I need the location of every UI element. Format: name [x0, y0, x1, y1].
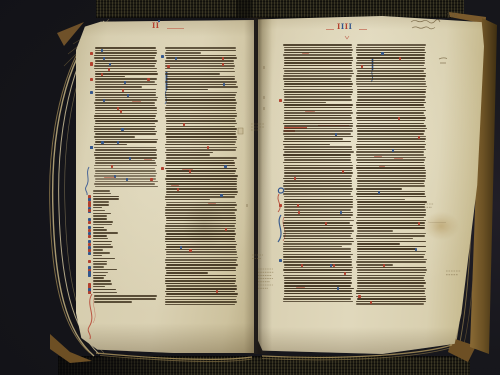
text-line: [95, 63, 157, 65]
text-line: [166, 149, 236, 151]
text-line: [166, 102, 237, 104]
margin-paraph-mark: [90, 52, 92, 55]
text-line: [283, 149, 351, 151]
text-line: [94, 68, 156, 70]
text-line: [356, 261, 426, 263]
text-line: [284, 47, 352, 49]
text-line: [165, 259, 237, 261]
rubricated-initial: [325, 222, 327, 225]
text-line: [356, 78, 425, 80]
text-line: [356, 151, 424, 153]
text-line: [356, 178, 426, 180]
text-line: [165, 280, 236, 282]
column-foot-lines: [94, 295, 157, 306]
list-line: [93, 201, 109, 203]
text-line: [165, 238, 235, 240]
red-underline: [296, 287, 305, 288]
text-line: [357, 206, 425, 208]
text-line: [95, 50, 158, 52]
text-line: [165, 133, 236, 135]
text-line: [95, 139, 158, 141]
text-line: [284, 230, 354, 232]
text-line: [165, 249, 236, 251]
text-line: [357, 175, 426, 177]
list-line: [93, 286, 105, 288]
text-line: [284, 70, 353, 72]
text-line: [357, 89, 426, 91]
text-line: [95, 89, 156, 91]
text-line: [284, 214, 353, 216]
text-line: [166, 113, 237, 115]
text-line: [166, 264, 238, 266]
text-line: [357, 130, 425, 132]
text-line: [95, 178, 156, 180]
text-line: [165, 241, 236, 243]
rubricated-initial: [183, 123, 185, 126]
list-line: [93, 255, 102, 257]
text-line: [357, 277, 425, 279]
text-line: [356, 112, 424, 114]
text-line: [283, 256, 351, 258]
text-line: [356, 62, 424, 64]
rubricated-initial: [122, 89, 124, 92]
rubricated-initial: [121, 128, 123, 131]
text-line: [165, 209, 237, 211]
rubricated-initial: [358, 295, 360, 298]
text-line: [356, 301, 426, 303]
text-line: [283, 254, 352, 256]
text-line: [165, 71, 235, 73]
text-line: [284, 206, 353, 208]
text-column: [283, 44, 353, 305]
text-line: [356, 52, 426, 54]
text-line: [283, 144, 330, 146]
text-line: [357, 298, 427, 300]
text-line: [95, 181, 158, 183]
text-line: [94, 136, 135, 138]
manuscript-photo: II IIII 226: [0, 0, 500, 375]
text-line: [94, 128, 155, 130]
list-paraph-mark: [88, 221, 90, 224]
text-line: [165, 212, 235, 214]
text-line: [357, 225, 426, 227]
text-line: [283, 225, 353, 227]
list-line: [93, 289, 116, 291]
text-line: [357, 196, 427, 198]
margin-paraph-mark: [161, 55, 163, 58]
margin-paraph-mark: [279, 259, 281, 262]
text-line: [357, 285, 425, 287]
text-line: [283, 298, 351, 300]
margin-paraph-mark: [279, 204, 281, 207]
text-line: [284, 151, 354, 153]
text-line: [357, 128, 427, 130]
text-line: [357, 248, 416, 250]
text-line: [284, 120, 352, 122]
text-line: [357, 120, 425, 122]
text-line: [166, 120, 236, 122]
text-line: [284, 81, 352, 83]
list-line: [93, 249, 103, 251]
rubricated-initial: [220, 194, 222, 197]
text-line: [166, 288, 237, 290]
text-line: [166, 50, 236, 52]
text-line: [283, 141, 351, 143]
text-line: [283, 68, 352, 70]
text-line: [284, 175, 352, 177]
text-line: [357, 73, 427, 75]
running-title-flourish: [167, 28, 184, 29]
text-line: [284, 204, 353, 206]
text-line: [284, 212, 353, 214]
text-line: [166, 128, 237, 130]
list-line: [93, 232, 118, 234]
list-line: [93, 224, 112, 226]
text-line: [94, 118, 155, 120]
text-line: [283, 78, 350, 80]
text-line: [357, 136, 426, 138]
text-line: [356, 146, 425, 148]
list-line: [93, 207, 102, 209]
text-line: [94, 147, 156, 149]
text-line: [95, 76, 125, 78]
text-line: [356, 193, 424, 195]
text-line: [357, 241, 426, 243]
text-line: [284, 60, 353, 62]
text-line: [95, 141, 157, 143]
text-line: [165, 262, 236, 264]
text-line: [165, 283, 235, 285]
text-line: [165, 267, 236, 269]
text-line: [357, 162, 424, 164]
background-shadow: [58, 356, 208, 375]
text-line: [356, 165, 425, 167]
rubricated-initial: [370, 301, 372, 304]
text-line: [94, 295, 157, 297]
text-line: [356, 117, 425, 119]
text-line: [284, 172, 354, 174]
text-line: [165, 65, 235, 67]
text-line: [95, 186, 158, 188]
text-line: [356, 290, 425, 292]
rubricated-initial: [117, 141, 119, 144]
text-line: [166, 186, 237, 188]
text-line: [356, 293, 425, 295]
text-line: [165, 236, 235, 238]
list-line: [93, 238, 108, 240]
text-line: [166, 126, 235, 128]
red-underline: [144, 159, 152, 160]
text-line: [357, 280, 425, 282]
list-line: [93, 193, 111, 195]
text-line: [284, 125, 353, 127]
text-line: [165, 299, 236, 301]
text-line: [357, 288, 426, 290]
rubricated-initial: [415, 248, 417, 251]
text-line: [284, 115, 351, 117]
running-title-letter: I: [349, 22, 353, 31]
rubricated-initial: [101, 141, 103, 144]
rubricated-initial: [398, 117, 400, 120]
text-line: [356, 154, 424, 156]
text-line: [357, 91, 427, 93]
text-line: [165, 168, 237, 170]
text-line: [357, 209, 426, 211]
text-line: [284, 209, 352, 211]
text-line: [357, 269, 427, 271]
text-line: [165, 215, 236, 217]
text-line: [284, 264, 352, 266]
text-line: [165, 162, 234, 164]
running-title-right-text: IIII: [337, 22, 353, 31]
rubricated-initial: [189, 170, 191, 173]
gutter-shadow: [244, 17, 272, 354]
rubricated-initial: [108, 68, 110, 71]
text-line: [357, 204, 425, 206]
text-line: [284, 157, 351, 159]
list-line: [93, 229, 107, 231]
text-line: [284, 201, 353, 203]
rubricated-initial: [150, 178, 152, 181]
text-line: [284, 86, 351, 88]
text-line: [284, 99, 353, 101]
folio-number: 226: [447, 14, 458, 20]
text-line: [283, 102, 326, 104]
text-line: [356, 68, 426, 70]
text-line: [357, 230, 393, 232]
rubricated-initial: [361, 65, 363, 68]
text-line: [357, 246, 426, 248]
text-line: [357, 251, 426, 253]
rubricated-initial: [225, 228, 227, 231]
text-line: [284, 136, 353, 138]
text-line: [166, 272, 209, 274]
text-line: [284, 104, 353, 106]
text-line: [284, 199, 353, 201]
list-line: [93, 227, 104, 229]
text-line: [166, 136, 237, 138]
text-line: [284, 65, 352, 67]
text-line: [165, 207, 234, 209]
red-underline: [171, 185, 178, 186]
text-line: [165, 160, 234, 162]
text-line: [284, 165, 353, 167]
text-line: [284, 57, 354, 59]
text-line: [357, 264, 392, 266]
text-line: [284, 138, 343, 140]
text-line: [166, 254, 237, 256]
rubricated-initial: [399, 57, 401, 60]
red-underline: [394, 158, 403, 159]
text-line: [166, 194, 237, 196]
text-line: [166, 170, 235, 172]
text-line: [356, 47, 425, 49]
text-line: [283, 269, 351, 271]
running-title-left: II: [152, 22, 160, 29]
text-line: [357, 275, 425, 277]
text-line: [284, 110, 352, 112]
text-line: [166, 105, 236, 107]
text-line: [357, 133, 425, 135]
text-line: [165, 110, 236, 112]
text-line: [166, 84, 236, 86]
rubricated-initial: [333, 264, 335, 267]
list-paraph-mark: [88, 235, 90, 238]
text-line: [165, 144, 234, 146]
text-line: [166, 76, 235, 78]
text-line: [166, 233, 236, 235]
text-line: [165, 63, 234, 65]
list-line: [93, 277, 104, 279]
text-line: [284, 188, 353, 190]
text-line: [284, 282, 352, 284]
text-line: [283, 251, 351, 253]
text-line: [165, 230, 235, 232]
text-line: [95, 173, 157, 175]
text-column: [165, 47, 237, 308]
list-line: [93, 246, 113, 248]
text-line: [165, 225, 235, 227]
text-line: [284, 146, 352, 148]
text-line: [166, 217, 236, 219]
text-line: [284, 180, 352, 182]
text-line: [284, 277, 352, 279]
list-line: [93, 258, 115, 260]
text-line: [283, 261, 352, 263]
text-line: [356, 217, 424, 219]
rubricated-initial: [189, 249, 191, 252]
text-line: [357, 259, 427, 261]
text-line: [284, 285, 351, 287]
text-line: [94, 55, 156, 57]
text-line: [94, 301, 132, 303]
text-line: [283, 183, 352, 185]
text-line: [284, 94, 352, 96]
text-column: [356, 44, 426, 308]
text-line: [356, 267, 426, 269]
list-line: [93, 261, 107, 263]
text-line: [357, 282, 426, 284]
text-line: [357, 254, 425, 256]
list-line: [93, 252, 110, 254]
rubricated-initial: [297, 204, 299, 207]
background-cloth-top: [96, 0, 464, 18]
text-line: [357, 44, 427, 46]
rubricated-initial: [224, 165, 226, 168]
text-line: [284, 293, 352, 295]
list-paraph-mark: [88, 252, 90, 255]
list-line: [93, 198, 119, 200]
text-line: [357, 96, 426, 98]
text-line: [95, 110, 158, 112]
list-paraph-mark: [88, 271, 90, 277]
text-line: [166, 220, 236, 222]
text-line: [357, 191, 425, 193]
text-line: [284, 288, 354, 290]
text-line: [94, 168, 155, 170]
text-line: [356, 159, 425, 161]
text-line: [166, 175, 238, 177]
text-line: [95, 97, 158, 99]
text-line: [166, 141, 236, 143]
list-line: [93, 204, 109, 206]
text-line: [166, 86, 238, 88]
rubricated-initial: [124, 81, 126, 84]
text-line: [356, 188, 402, 190]
text-line: [356, 57, 425, 59]
text-line: [94, 115, 156, 117]
rubricated-initial: [120, 110, 122, 113]
text-line: [283, 259, 352, 261]
text-line: [357, 138, 426, 140]
text-column: [94, 47, 157, 190]
text-line: [357, 172, 427, 174]
text-line: [165, 68, 234, 70]
text-line: [283, 133, 351, 135]
list-line: [93, 190, 110, 192]
text-line: [283, 130, 352, 132]
cloth-seam: [236, 0, 252, 17]
text-line: [357, 227, 425, 229]
text-line: [357, 94, 426, 96]
text-line: [94, 298, 156, 300]
text-line: [284, 52, 352, 54]
text-line: [95, 120, 158, 122]
text-line: [284, 241, 354, 243]
text-line: [95, 133, 157, 135]
rubricated-initial: [418, 136, 420, 139]
list-line: [93, 266, 104, 268]
text-line: [166, 157, 237, 159]
text-line: [94, 102, 155, 104]
list-line: [93, 275, 106, 277]
list-line: [93, 241, 112, 243]
running-title-left-text: II: [152, 21, 160, 30]
text-line: [95, 92, 156, 94]
text-line: [166, 118, 235, 120]
text-line: [165, 275, 236, 277]
margin-paraph-mark: [161, 167, 163, 170]
text-line: [165, 81, 237, 83]
running-title-right: IIII: [337, 23, 353, 30]
text-line: [165, 55, 236, 57]
list-line: [93, 263, 107, 265]
text-line: [95, 149, 157, 151]
text-line: [284, 227, 352, 229]
text-line: [356, 81, 426, 83]
text-line: [166, 131, 236, 133]
text-line: [356, 49, 425, 51]
list-paraph-mark: [88, 260, 90, 263]
text-line: [356, 235, 425, 237]
text-line: [94, 131, 157, 133]
text-line: [284, 280, 351, 282]
red-underline: [374, 156, 382, 157]
text-line: [95, 84, 157, 86]
text-line: [283, 75, 351, 77]
text-line: [165, 296, 237, 298]
text-line: [356, 238, 413, 240]
text-line: [165, 152, 213, 154]
margin-paraph-mark: [279, 99, 281, 102]
text-line: [165, 115, 236, 117]
margin-paraph-mark: [90, 91, 92, 94]
text-line: [357, 157, 426, 159]
text-line: [357, 141, 426, 143]
text-line: [283, 233, 351, 235]
text-line: [166, 123, 237, 125]
text-line: [94, 183, 155, 185]
